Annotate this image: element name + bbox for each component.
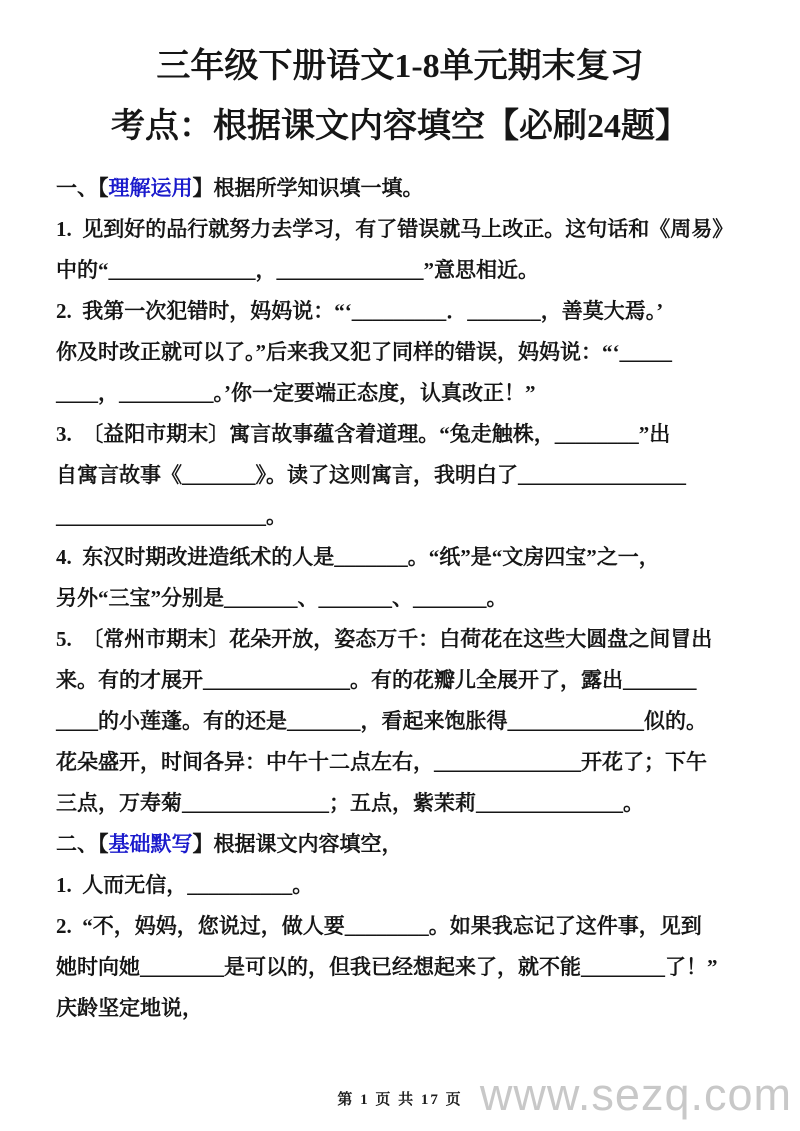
worksheet-page: 三年级下册语文1-8单元期末复习 考点：根据课文内容填空【必刷24题】 一、【理… <box>0 0 800 1131</box>
text-line: ____，_________。’你一定要端正态度，认真改正！” <box>56 373 744 414</box>
text-line: 3. 〔益阳市期末〕寓言故事蕴含着道理。“兔走触株，________”出 <box>56 414 744 455</box>
text-line: 你及时改正就可以了。”后来我又犯了同样的错误，妈妈说：“‘_____ <box>56 332 744 373</box>
section-1-heading-suffix: 】根据所学知识填一填。 <box>193 176 424 200</box>
section-2-heading-prefix: 二、【 <box>56 832 109 856</box>
text-line: ____的小莲蓬。有的还是_______，看起来饱胀得_____________… <box>56 701 744 742</box>
text-line: 4. 东汉时期改进造纸术的人是_______。“纸”是“文房四宝”之一， <box>56 537 744 578</box>
text-line: 另外“三宝”分别是_______、_______、_______。 <box>56 578 744 619</box>
section-2-heading-tag: 基础默写 <box>109 832 193 856</box>
title-block: 三年级下册语文1-8单元期末复习 考点：根据课文内容填空【必刷24题】 <box>0 0 800 150</box>
text-line: 中的“______________，______________”意思相近。 <box>56 250 744 291</box>
section-1-heading: 一、【理解运用】根据所学知识填一填。 <box>56 168 744 209</box>
section-2-heading: 二、【基础默写】根据课文内容填空， <box>56 824 744 865</box>
text-line: 花朵盛开，时间各异：中午十二点左右，______________开花了；下午 <box>56 742 744 783</box>
text-line: 2. 我第一次犯错时，妈妈说：“‘_________．_______，善莫大焉。… <box>56 291 744 332</box>
page-footer: 第 1 页 共 17 页 <box>0 1088 800 1109</box>
text-line: 1. 见到好的品行就努力去学习，有了错误就马上改正。这句话和《周易》 <box>56 209 744 250</box>
text-line: 5. 〔常州市期末〕花朵开放，姿态万千：白荷花在这些大圆盘之间冒出 <box>56 619 744 660</box>
section-1-heading-tag: 理解运用 <box>109 176 193 200</box>
text-line: 来。有的才展开______________。有的花瓣儿全展开了，露出______… <box>56 660 744 701</box>
document-title: 三年级下册语文1-8单元期末复习 <box>0 44 800 90</box>
text-line: 1. 人而无信，__________。 <box>56 865 744 906</box>
section-2-heading-suffix: 】根据课文内容填空， <box>193 832 403 856</box>
text-line: 自寓言故事《_______》。读了这则寓言，我明白了______________… <box>56 455 744 496</box>
worksheet-body: 一、【理解运用】根据所学知识填一填。 1. 见到好的品行就努力去学习，有了错误就… <box>0 150 800 1029</box>
text-line: ____________________。 <box>56 496 744 537</box>
text-line: 2. “不，妈妈，您说过，做人要________。如果我忘记了这件事，见到 <box>56 906 744 947</box>
text-line: 三点，万寿菊______________；五点，紫茉莉_____________… <box>56 783 744 824</box>
text-line: 她时向她________是可以的，但我已经想起来了，就不能________了！” <box>56 947 744 988</box>
text-line: 庆龄坚定地说， <box>56 988 744 1029</box>
document-subtitle: 考点：根据课文内容填空【必刷24题】 <box>0 104 800 150</box>
section-1-heading-prefix: 一、【 <box>56 176 109 200</box>
